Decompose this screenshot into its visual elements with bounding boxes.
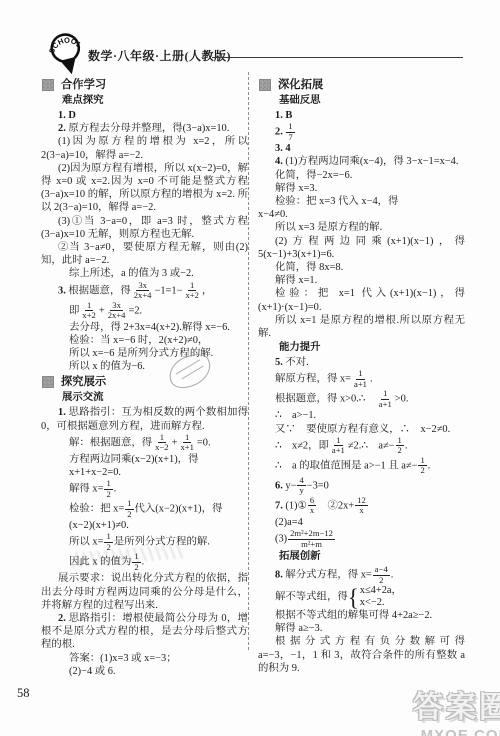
- fraction: 17: [286, 122, 294, 142]
- text-line: 根据分式方程有负分数解可得 a=−3，−1，1 和 3，故符合条件的所有整数 a…: [258, 635, 465, 675]
- item-number: 6.: [275, 480, 285, 491]
- fraction: 6x: [308, 496, 316, 516]
- fraction: 12: [396, 436, 404, 456]
- fraction: 1a+1: [330, 436, 347, 456]
- fraction: 12: [418, 456, 426, 476]
- fraction: 1x+1: [178, 433, 195, 453]
- text-line: 根据题意，得 x>0.∴ 1a+1>0.: [258, 389, 465, 409]
- subsection-header: 拓展创新: [279, 550, 465, 564]
- text-line: 解原方程，得 x=1a+1.: [258, 369, 465, 389]
- fraction: 12: [125, 499, 133, 519]
- brand-watermark: 答案圈 MXQE.COM: [413, 682, 500, 736]
- fraction: 2m²+2m−12m²+m: [288, 529, 335, 549]
- text-line: (2)a=4: [258, 516, 465, 529]
- text-line: 2. 原方程去分母并整理，得(3−a)x=10.: [41, 122, 248, 135]
- text-line: 解：根据题意，得1x−2+1x+1=0.: [41, 433, 248, 453]
- text-line: 1. D: [41, 109, 248, 122]
- section-square-icon: [42, 79, 54, 91]
- text-line: 7. (1)①6x ②2x+12x: [258, 496, 465, 516]
- text-line: ②当 3−a≠0，要使原方程无解，则由(2)知，此时 a=−2.: [41, 241, 248, 267]
- item-number: 8.: [275, 569, 285, 580]
- text-line: 1. 思路指引：互为相反数的两个数相加得 0，可根据题意列方程，进而解方程.: [41, 406, 248, 432]
- item-number: 5.: [275, 357, 285, 368]
- text-line: 方程两边同乘(x−2)(x+1)，得: [41, 453, 248, 466]
- text-line: 3. 4: [258, 142, 465, 155]
- fraction: 1a+1: [352, 369, 369, 389]
- text-line: ∴ a 的取值范围是 a>−1 且 a≠−12.: [258, 456, 465, 476]
- text-line: 6. y−4y−3=0: [258, 476, 465, 496]
- text-line: 所以 x=−6 是所列分式方程的解.: [41, 347, 248, 360]
- text-line: (2)−4 或 6.: [41, 665, 248, 678]
- text-line: (2)方程两边同乘(x+1)(x−1)，得 5(x−1)+3(x+1)=6.: [258, 235, 465, 261]
- text-line: 检验：把 x=12代入(x−2)(x+1)，得: [41, 499, 248, 519]
- left-column: 合作学习难点探究1. D2. 原方程去分母并整理，得(3−a)x=10.(1)因…: [41, 76, 248, 678]
- text-line: (2)因为原方程有增根，所以 x(x−2)=0，解得 x=0 或 x=2.因为 …: [41, 162, 248, 215]
- text-line: 3. 根据题意，得3x2x+4−1=1−1x+2，: [41, 281, 248, 301]
- fraction: 4y: [297, 476, 305, 496]
- section-header: 深化拓展: [259, 78, 465, 92]
- text-line: 检验：把 x=1 代入(x+1)(x−1)，得(x+1)·(x−1)=0.: [258, 287, 465, 313]
- text-line: (3)2m²+2m−12m²+m: [258, 529, 465, 549]
- text-line: (3)①当 3−a=0，即 a=3 时，整式方程(3−a)x=10 无解，则原方…: [41, 215, 248, 241]
- section-header-label: 深化拓展: [278, 78, 323, 92]
- text-line: 综上所述，a 的值为 3 或−2.: [41, 267, 248, 280]
- brand-site: MXQE.COM: [413, 727, 500, 736]
- item-number: 1.: [58, 110, 68, 121]
- page: SCHOOL 数学·八年级·上册(人教版) 合作学习难点探究1. D2. 原方程…: [0, 0, 500, 736]
- text-line: 解不等式组，得{x≤4+2a，x<−2.: [258, 585, 465, 609]
- subsection-header: 能力提升: [279, 341, 465, 355]
- text-line: (x−2)(x+1)≠0.: [41, 519, 248, 532]
- text-line: 即1x+2+3x2x+4=2.: [41, 301, 248, 321]
- text-line: 检验：把 x=3 代入 x−4，得: [258, 195, 465, 208]
- item-number: 2.: [58, 123, 68, 134]
- page-title: 数学·八年级·上册(人教版): [88, 47, 231, 64]
- text-line: 又∵ 要使原方程有意义，∴ x−2≠0.: [258, 423, 465, 436]
- text-line: 解得 x=1.: [258, 274, 465, 287]
- section-square-icon: [42, 376, 54, 388]
- item-number: 3.: [58, 285, 68, 296]
- text-line: 2. 思路指引：增根使最简公分母为 0，增根不是原分式方程的根，是去分母后整式方…: [41, 612, 248, 652]
- text-line: 展示要求：说出转化分式方程的依据，指出去分母时方程两边同乘的公分母是什么，并将解…: [41, 572, 248, 612]
- item-number: 2.: [58, 613, 69, 624]
- text-line: x+1+x−2=0.: [41, 466, 248, 479]
- fraction: 1x+2: [80, 301, 97, 321]
- section-header: 探究展示: [42, 375, 248, 389]
- fraction: 3x2x+4: [132, 281, 154, 301]
- section-header-label: 探究展示: [61, 375, 106, 389]
- item-number: 3.: [275, 143, 285, 154]
- item-number: 7.: [275, 500, 285, 511]
- text-line: 根据不等式组的解集可得 4+2a≥−2.: [258, 609, 465, 622]
- fraction: 12x: [355, 496, 368, 516]
- text-line: 所以 x 的值为−6.: [41, 360, 248, 373]
- text-line: 解得 x=3.: [258, 182, 465, 195]
- text-line: 去分母，得 2+3x=4(x+2).解得 x=−6.: [41, 321, 248, 334]
- item-number: 4.: [275, 156, 285, 167]
- subsection-header: 展示交流: [62, 391, 248, 405]
- text-line: x−4≠0.: [258, 208, 465, 221]
- text-line: 所以 x=3 是原方程的解.: [258, 221, 465, 234]
- text-line: 2. 17: [258, 122, 465, 142]
- text-line: 化简，得−2x=−6.: [258, 169, 465, 182]
- text-line: 化简，得 8x=8.: [258, 261, 465, 274]
- brace-glyph: {: [348, 585, 359, 609]
- text-line: 8. 解分式方程，得 x=a−42.: [258, 565, 465, 585]
- subsection-header: 难点探究: [62, 94, 248, 108]
- brand-name: 答案圈: [413, 682, 500, 726]
- subsection-header: 基础反思: [279, 94, 465, 108]
- header-rule: [212, 57, 463, 58]
- text-line: 检验：当 x=−6 时，2(x+2)≠0，: [41, 334, 248, 347]
- text-line: 4. (1)方程两边同乘(x−4)，得 3−x−1=x−4.: [258, 155, 465, 168]
- section-header: 合作学习: [42, 78, 248, 92]
- text-line: 解得 a≥−3.: [258, 622, 465, 635]
- page-number: 58: [17, 686, 30, 701]
- equation-system: {x≤4+2a，x<−2.: [348, 585, 402, 609]
- text-line: (1)因为原方程的增根为 x=2，所以 2(3−a)=10，解得 a=−2.: [41, 135, 248, 161]
- fraction: 1x−2: [153, 433, 170, 453]
- text-line: 答案：(1)x=3 或 x=−3；: [41, 652, 248, 665]
- right-column: 深化拓展基础反思1. B2. 173. 44. (1)方程两边同乘(x−4)，得…: [258, 76, 465, 675]
- section-header-label: 合作学习: [61, 78, 106, 92]
- column-divider: [248, 72, 249, 650]
- item-number: 2.: [275, 127, 285, 138]
- item-number: 1.: [58, 407, 69, 418]
- fraction: a−42: [373, 565, 390, 585]
- text-line: ∴ x≠2，即1a+1≠2.∴ a≠−12.: [258, 436, 465, 456]
- fraction: 3x2x+4: [106, 301, 128, 321]
- text-line: 解得 x=12.: [41, 479, 248, 499]
- fraction: 1x+2: [183, 281, 200, 301]
- fraction: 12: [104, 479, 112, 499]
- item-number: 1.: [275, 110, 285, 121]
- text-line: 所以 x=1 是原方程的增根.所以原方程无解.: [258, 314, 465, 340]
- fraction: 1a+1: [377, 389, 394, 409]
- section-square-icon: [259, 79, 271, 91]
- text-line: ∴ a>−1.: [258, 409, 465, 422]
- school-logo-icon: SCHOOL: [46, 31, 86, 77]
